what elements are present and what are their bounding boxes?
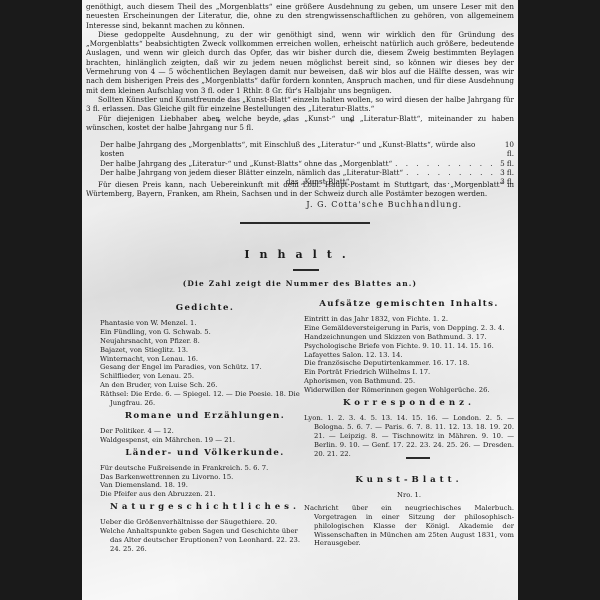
section-heading: Länder- und Völkerkunde.	[100, 449, 310, 458]
publisher-signature: J. G. Cotta'sche Buchhandlung.	[306, 200, 462, 209]
price-row: Der halbe Jahrgang von jedem dieser Blät…	[86, 168, 514, 177]
index-section-laender: Länder- und Völkerkunde. Für deutsche Fu…	[100, 449, 310, 500]
kunstblatt-section: Kunst-Blatt. Nro. 1. Nachricht über ein …	[304, 476, 514, 548]
price-label: Der halbe Jahrgang des „Morgenblatts“, m…	[100, 140, 496, 159]
index-entry: Die französische Deputirtenkammer. 16. 1…	[304, 359, 514, 368]
title-underline	[293, 269, 319, 271]
index-entry: Ein Porträt Friedrich Wilhelms I. 17.	[304, 368, 514, 377]
index-entry: Winternacht, von Lenau. 16.	[100, 355, 310, 364]
index-entry: Waldgespenst, ein Mährchen. 19 — 21.	[100, 436, 310, 445]
index-entry: Welche Anhaltspunkte geben Sagen und Ges…	[100, 527, 310, 554]
index-entry: Phantasie von W. Menzel. 1.	[100, 319, 310, 328]
index-entry: Räthsel: Die Erde. 6. — Spiegel. 12. — D…	[100, 390, 310, 408]
index-entry: Lafayettes Salon. 12. 13. 14.	[304, 351, 514, 360]
index-entry: Ein Fündling, von G. Schwab. 5.	[100, 328, 310, 337]
index-entry: Nachricht über ein neugriechisches Maler…	[304, 504, 514, 549]
index-right-column: Aufsätze gemischten Inhalts. Eintritt in…	[304, 296, 514, 459]
index-section-korrespondenz: Korrespondenz. Lyon. 1. 2. 3. 4. 5. 13. …	[304, 399, 514, 458]
issue-number: Nro. 1.	[304, 491, 514, 500]
index-entry: Eine Gemäldeversteigerung in Paris, von …	[304, 324, 514, 333]
index-entry: Handzeichnungen und Skizzen von Bathmund…	[304, 333, 514, 342]
index-entry: Das Barkenwettrennen zu Livorno. 15.	[100, 473, 310, 482]
price-amount: 10 fl.	[496, 140, 514, 159]
dot-leader: . . . . . . . . . . . . . . . . . . . . …	[406, 168, 493, 177]
kunstblatt-divider	[406, 457, 430, 459]
price-amount: 5 fl.	[496, 159, 514, 168]
index-subtitle: (Die Zahl zeigt die Nummer des Blattes a…	[82, 279, 518, 288]
index-left-column: Gedichte. Phantasie von W. Menzel. 1. Ei…	[100, 300, 310, 554]
index-entry: Bajazet, von Stieglitz. 13.	[100, 346, 310, 355]
section-heading: Korrespondenz.	[304, 399, 514, 408]
distribution-notice: Für diesen Preis kann, nach Uebereinkunf…	[86, 180, 514, 199]
index-entry: Eintritt in das Jahr 1832, von Fichte. 1…	[304, 315, 514, 324]
index-entry: Psychologische Briefe von Fichte. 9. 10.…	[304, 342, 514, 351]
index-entry: Für deutsche Fußreisende in Frankreich. …	[100, 464, 310, 473]
intro-paragraph: Diese gedoppelte Ausdehnung, zu der wir …	[86, 30, 514, 95]
index-entry: Neujahrsnacht, von Pfizer. 8.	[100, 337, 310, 346]
intro-text: genöthigt, auch diesem Theil des „Morgen…	[86, 2, 514, 132]
index-section-romane: Romane und Erzählungen. Der Politiker. 4…	[100, 412, 310, 445]
index-entry: Van Diemensland. 18. 19.	[100, 481, 310, 490]
index-title: Inhalt.	[82, 248, 518, 261]
scanned-page: genöthigt, auch diesem Theil des „Morgen…	[82, 0, 518, 600]
intro-paragraph: genöthigt, auch diesem Theil des „Morgen…	[86, 2, 514, 30]
index-section-natur: Naturgeschichtliches. Ueber die Größenve…	[100, 503, 310, 554]
price-label: Der halbe Jahrgang des „Literatur-“ und …	[100, 159, 392, 168]
dot-leader: . . . . . . . . . . . . . . . . . . . . …	[395, 159, 493, 168]
price-amount: 3 fl.	[496, 168, 514, 177]
index-entry: Der Politiker. 4 — 12.	[100, 427, 310, 436]
section-heading: Gedichte.	[100, 304, 310, 313]
section-divider	[240, 222, 370, 224]
price-row: Der halbe Jahrgang des „Literatur-“ und …	[86, 159, 514, 168]
section-heading: Aufsätze gemischten Inhalts.	[304, 300, 514, 309]
index-section-gedichte: Gedichte. Phantasie von W. Menzel. 1. Ei…	[100, 304, 310, 408]
index-entry: An den Bruder, von Luise Sch. 26.	[100, 381, 310, 390]
index-entry: Widerwillen der Römerinnen gegen Wohlger…	[304, 386, 514, 395]
index-section-aufsaetze: Aufsätze gemischten Inhalts. Eintritt in…	[304, 300, 514, 395]
index-entry: Schilflieder, von Lenau. 25.	[100, 372, 310, 381]
section-heading: Kunst-Blatt.	[304, 476, 514, 485]
section-heading: Naturgeschichtliches.	[100, 503, 310, 512]
intro-paragraph: Sollten Künstler und Kunstfreunde das „K…	[86, 95, 514, 114]
index-entry: Lyon. 1. 2. 3. 4. 5. 13. 14. 15. 16. — L…	[304, 414, 514, 459]
index-entry: Ueber die Größenverhältnisse der Säugeth…	[100, 518, 310, 527]
index-entry: Gesang der Engel im Paradies, von Schütz…	[100, 363, 310, 372]
price-row: Der halbe Jahrgang des „Morgenblatts“, m…	[86, 140, 514, 159]
index-entry: Aphorismen, von Bathmund. 25.	[304, 377, 514, 386]
asterism-divider: * * *	[82, 118, 518, 127]
section-heading: Romane und Erzählungen.	[100, 412, 310, 421]
index-entry: Die Pfeifer aus den Abruzzen. 21.	[100, 490, 310, 499]
price-label: Der halbe Jahrgang von jedem dieser Blät…	[100, 168, 403, 177]
